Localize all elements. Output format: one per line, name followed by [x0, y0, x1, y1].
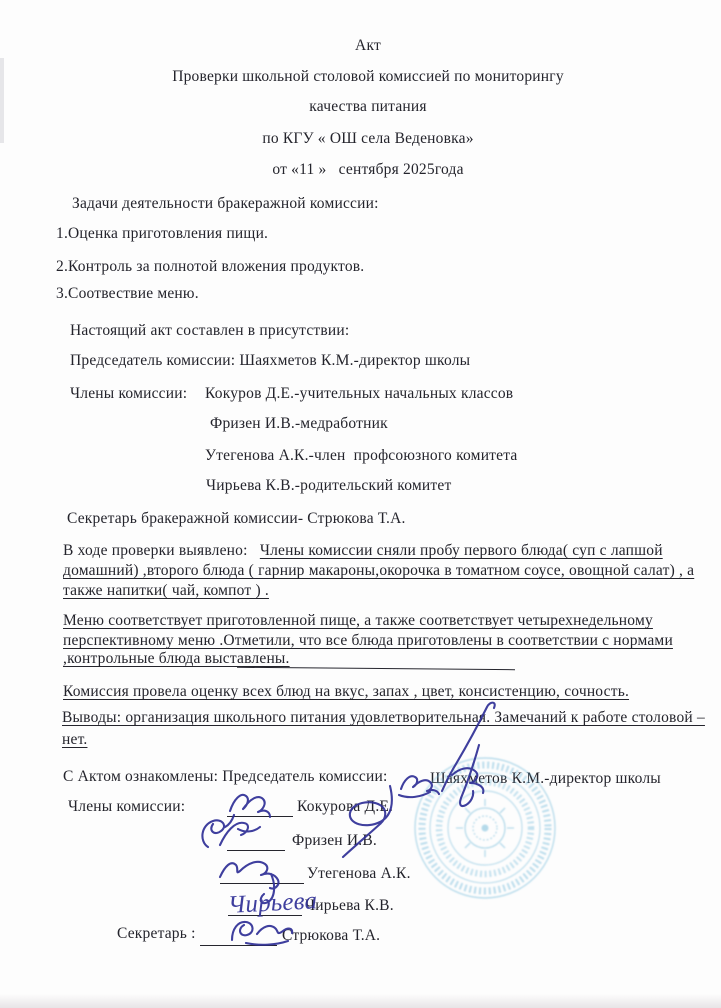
conclusion-line-2: нет. — [62, 730, 87, 750]
signature-line-5 — [200, 945, 277, 946]
findings-line-1: В ходе проверки выявлено: Члены комиссии… — [63, 541, 663, 561]
sig-member-name-4: Чирьева К.В. — [305, 896, 394, 916]
evaluation-line: Комиссия провела оценку всех блюд на вку… — [63, 682, 629, 702]
kokurova-signature-icon — [225, 795, 270, 827]
menu-line-1: Меню соответствует приготовленной пище, … — [63, 611, 653, 631]
findings-text-1: Члены комиссии сняли пробу первого блюда… — [260, 542, 663, 559]
signature-line-4 — [228, 915, 302, 916]
sig-member-name-3: Утегенова А.К. — [307, 864, 411, 884]
presence-intro: Настоящий акт составлен в присутствии: — [70, 321, 349, 341]
secretary-line: Секретарь бракеражной комиссии- Стрюкова… — [67, 509, 406, 529]
doc-organization: по КГУ « ОШ села Веденовка» — [15, 129, 721, 149]
signature-line-2 — [227, 850, 285, 851]
member-2: Фризен И.В.-медработник — [210, 414, 388, 434]
scan-edge-bottom — [0, 994, 721, 1008]
member-3: Утегенова А.К.-член профсоюзного комитет… — [205, 446, 517, 466]
signature-line-3 — [220, 883, 304, 884]
findings-line-3: также напитки( чай, компот ) . — [63, 581, 269, 601]
member-1: Кокуров Д.Е.-учительных начальных классо… — [205, 384, 513, 404]
frizen-signature-icon — [202, 820, 260, 847]
doc-date: от «11 » сентября 2025года — [15, 160, 721, 180]
task-item-3: 3.Соотвествие меню. — [56, 284, 199, 304]
signature-line-1 — [227, 816, 293, 817]
menu-line-2: перспективному меню .Отметили, что все б… — [63, 631, 673, 651]
sig-members-label: Члены комиссии: — [68, 797, 185, 817]
doc-subtitle-1: Проверки школьной столовой комиссией по … — [15, 67, 721, 87]
ink-and-stamp-overlay: Чирьева — [0, 0, 721, 1008]
task-item-1: 1.Оценка приготовления пищи. — [56, 224, 268, 244]
scan-edge-left — [0, 58, 4, 143]
sig-secretary-label: Секретарь : — [117, 924, 196, 944]
sig-secretary-name: Стрюкова Т.А. — [282, 926, 380, 946]
findings-label: В ходе проверки выявлено: — [63, 542, 260, 559]
task-item-2: 2.Контроль за полнотой вложения продукто… — [56, 257, 364, 277]
doc-title: Акт — [15, 36, 721, 56]
sig-member-name-2: Фризен И.В. — [292, 831, 377, 851]
member-4: Чирьева К.В.-родительский комитет — [206, 476, 451, 496]
doc-subtitle-2: качества питания — [15, 97, 721, 117]
conclusion-line-1: Выводы: организация школьного питания уд… — [62, 708, 705, 728]
tasks-intro: Задачи деятельности бракеражной комиссии… — [72, 194, 379, 214]
sig-member-name-1: Кокурова Д.Е. — [297, 797, 393, 817]
document-page: Акт Проверки школьной столовой комиссией… — [0, 0, 721, 1008]
members-label: Члены комиссии: — [70, 384, 187, 404]
acquainted-label: С Актом ознакомлены: Председатель комисс… — [63, 767, 388, 787]
stamp-emblem — [456, 799, 514, 857]
sig-chairman-name: Шаяхметов К.М.-директор школы — [430, 769, 661, 789]
findings-line-2: домашний) ,второго блюда ( гарнир макаро… — [63, 561, 694, 581]
chairman-line: Председатель комиссии: Шаяхметов К.М.-ди… — [70, 351, 470, 371]
